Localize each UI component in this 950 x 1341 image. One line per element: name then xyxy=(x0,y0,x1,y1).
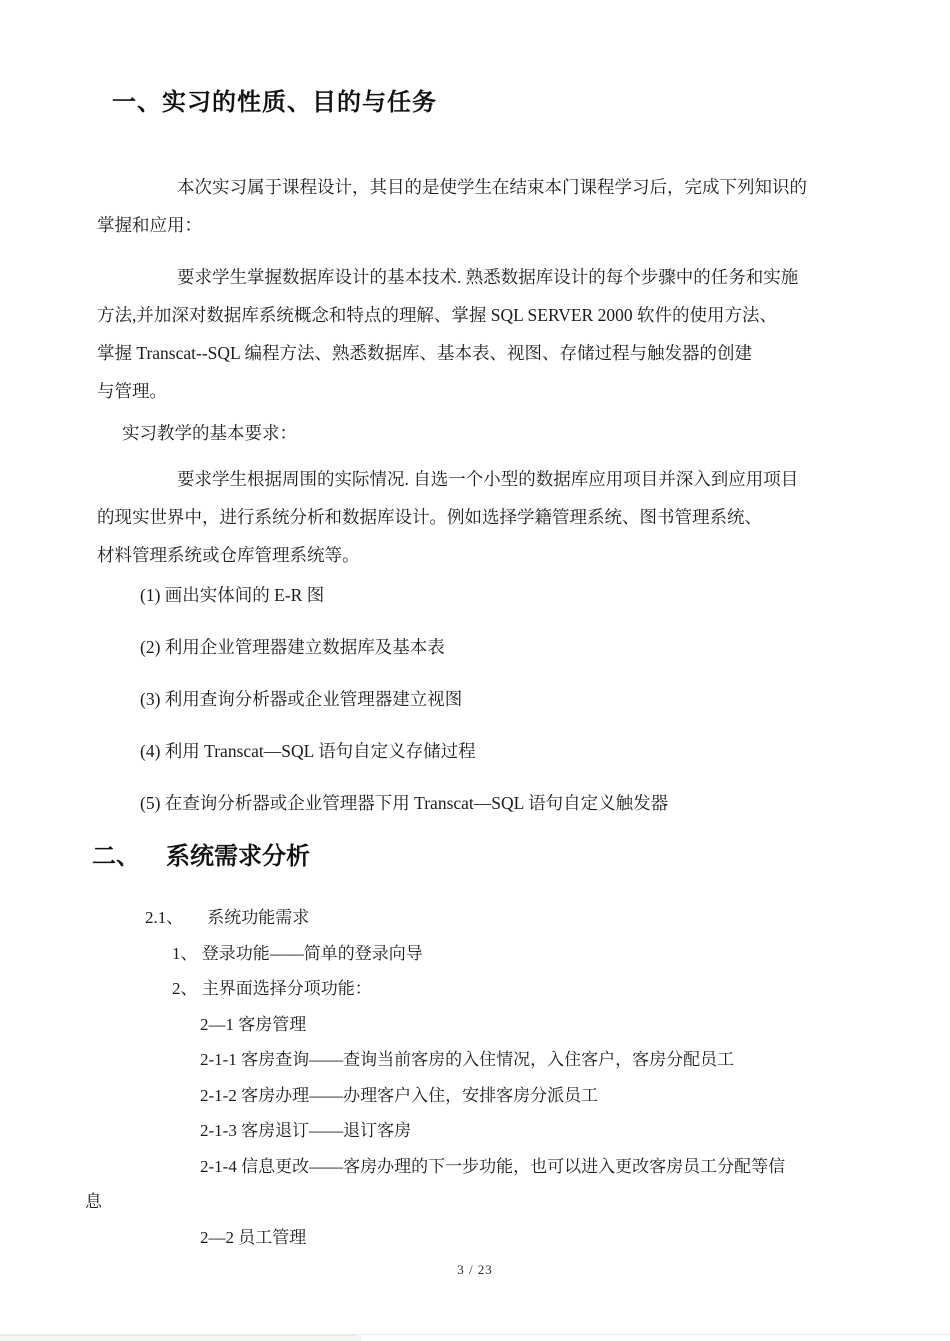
paragraph-teaching-requirements-label: 实习教学的基本要求： xyxy=(122,414,897,452)
outline-item: 2—2 员工管理 xyxy=(0,1225,950,1261)
outline-item: 1、 登录功能——简单的登录向导 xyxy=(0,941,950,977)
task-item: (4) 利用 Transcat—SQL 语句自定义存储过程 xyxy=(140,736,668,788)
paragraph-line: 要求学生掌握数据库设计的基本技术. 熟悉数据库设计的每个步骤中的任务和实施 xyxy=(97,258,872,296)
heading-number: 二、 xyxy=(92,844,140,870)
task-list: (1) 画出实体间的 E-R 图 (2) 利用企业管理器建立数据库及基本表 (3… xyxy=(140,580,668,840)
outline-section-2-1: 2.1、系统功能需求 xyxy=(0,905,950,941)
outline-item: 2-1-1 客房查询——查询当前客房的入住情况，入住客户，客房分配员工 xyxy=(0,1047,950,1083)
outline-item: 2-1-3 客房退订——退订客房 xyxy=(0,1118,950,1154)
task-item: (3) 利用查询分析器或企业管理器建立视图 xyxy=(140,684,668,736)
outline-item: 2—1 客房管理 xyxy=(0,1012,950,1048)
outline-item: 2-1-2 客房办理——办理客户入住，安排客房分派员工 xyxy=(0,1083,950,1119)
paragraph-line: 方法,并加深对数据库系统概念和特点的理解、掌握 SQL SERVER 2000 … xyxy=(97,296,872,334)
paragraph-line: 材料管理系统或仓库管理系统等。 xyxy=(97,536,872,574)
paragraph-requirements: 要求学生掌握数据库设计的基本技术. 熟悉数据库设计的每个步骤中的任务和实施 方法… xyxy=(97,258,872,410)
outline-section-title: 系统功能需求 xyxy=(207,908,309,927)
bottom-panel-edge xyxy=(0,1335,362,1341)
paragraph-line: 掌握和应用： xyxy=(97,206,872,244)
paragraph-line: 要求学生根据周围的实际情况. 自选一个小型的数据库应用项目并深入到应用项目 xyxy=(97,460,872,498)
paragraph-purpose: 本次实习属于课程设计，其目的是使学生在结束本门课程学习后，完成下列知识的 掌握和… xyxy=(97,168,872,244)
task-item: (2) 利用企业管理器建立数据库及基本表 xyxy=(140,632,668,684)
outline-item: 2-1-4 信息更改——客房办理的下一步功能，也可以进入更改客房员工分配等信 xyxy=(0,1154,950,1190)
document-page: 一、实习的性质、目的与任务 本次实习属于课程设计，其目的是使学生在结束本门课程学… xyxy=(0,0,950,1341)
paragraph-line: 的现实世界中，进行系统分析和数据库设计。例如选择学籍管理系统、图书管理系统、 xyxy=(97,498,872,536)
outline-section-number: 2.1、 xyxy=(145,908,183,927)
footer-page-number: 3 / 23 xyxy=(0,1262,950,1278)
task-item: (5) 在查询分析器或企业管理器下用 Transcat—SQL 语句自定义触发器 xyxy=(140,788,668,840)
heading-text: 系统需求分析 xyxy=(166,844,310,870)
heading-system-requirements: 二、系统需求分析 xyxy=(92,836,310,871)
heading-practicum-nature: 一、实习的性质、目的与任务 xyxy=(112,82,437,117)
paragraph-line: 掌握 Transcat--SQL 编程方法、熟悉数据库、基本表、视图、存储过程与… xyxy=(97,334,872,372)
paragraph-line: 与管理。 xyxy=(97,372,872,410)
requirements-outline: 2.1、系统功能需求 1、 登录功能——简单的登录向导 2、 主界面选择分项功能… xyxy=(0,905,950,1260)
paragraph-line: 实习教学的基本要求： xyxy=(122,414,897,452)
paragraph-project-selection: 要求学生根据周围的实际情况. 自选一个小型的数据库应用项目并深入到应用项目 的现… xyxy=(97,460,872,574)
task-item: (1) 画出实体间的 E-R 图 xyxy=(140,580,668,632)
outline-item: 2、 主界面选择分项功能： xyxy=(0,976,950,1012)
paragraph-line: 本次实习属于课程设计，其目的是使学生在结束本门课程学习后，完成下列知识的 xyxy=(97,168,872,206)
outline-item-continuation: 息 xyxy=(0,1189,950,1225)
